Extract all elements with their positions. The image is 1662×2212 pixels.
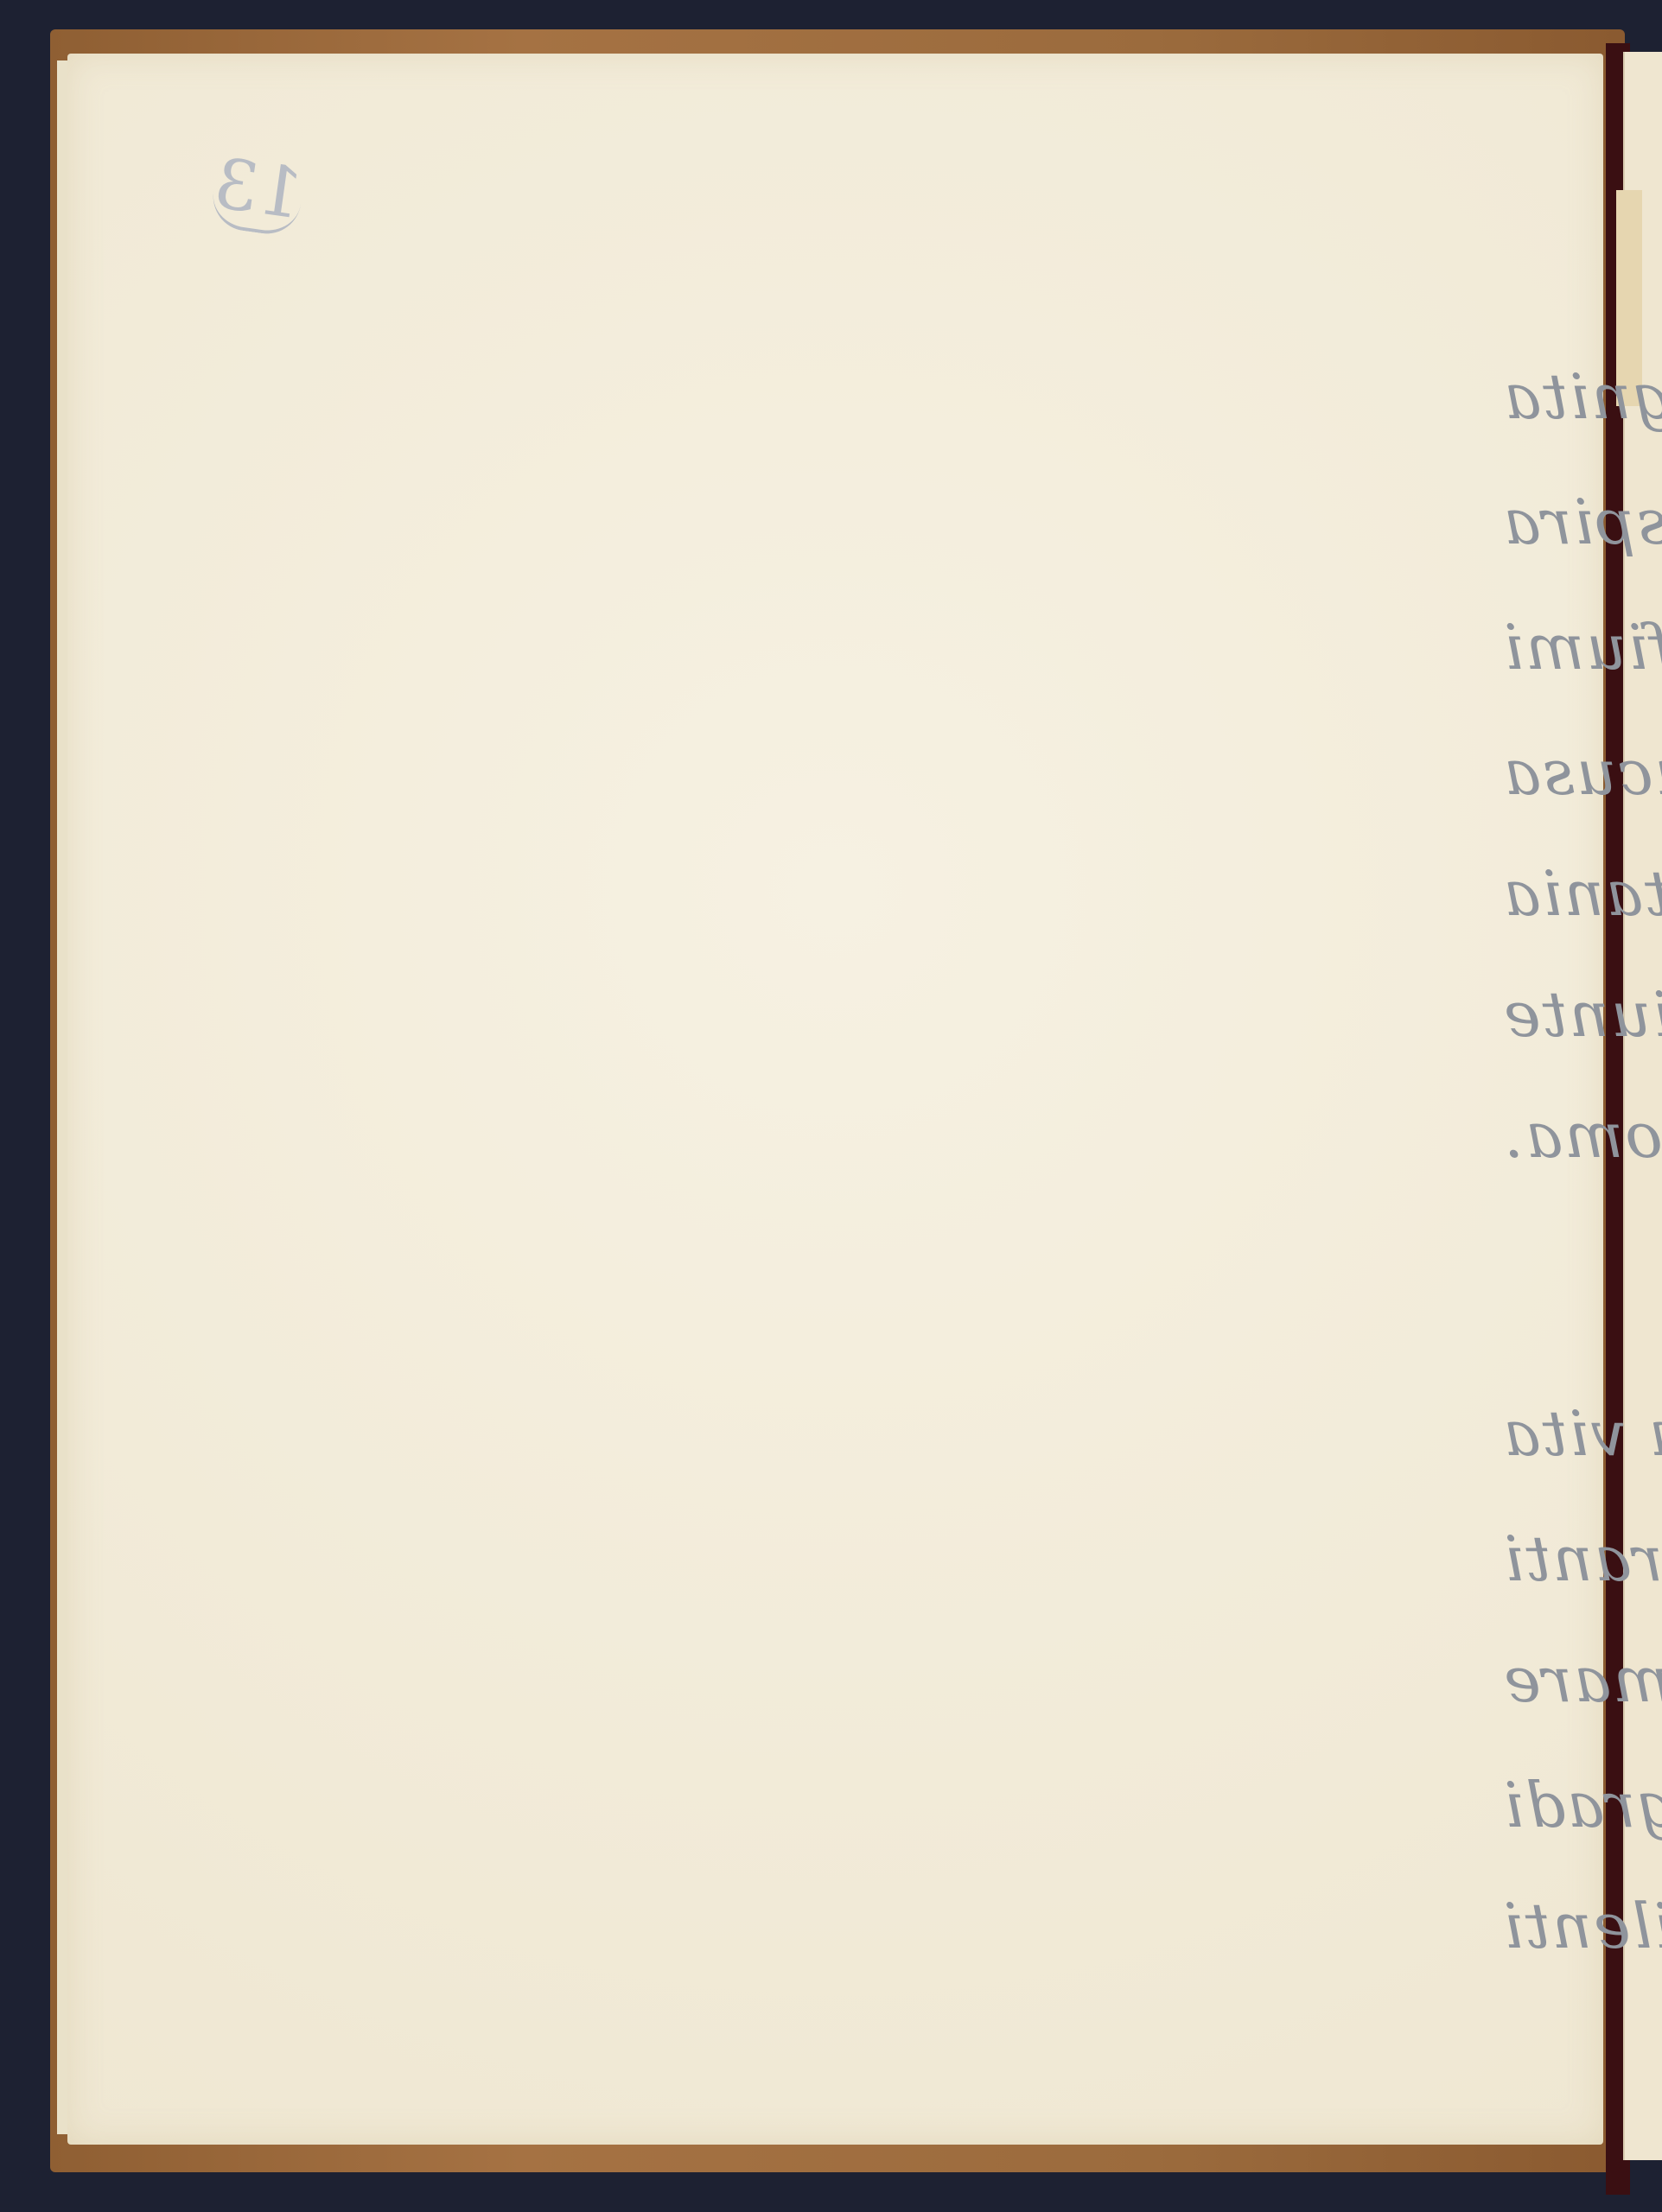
page-number: 13 (209, 143, 308, 238)
manuscript-page: 13 Saluta, mentr'ei viene, Irma, l'ignit… (67, 54, 1603, 2145)
verse-line: volta e il lido aretusio, sospira (1502, 486, 1662, 558)
verse-line: l'Etna, e le vocali selve, e i fiumi (1502, 611, 1662, 683)
verse-line: con l'orme che v'impressero congiunte (1502, 978, 1662, 1051)
verse-line: e nel cielo. L'alta erba occupa i gradi (1502, 1769, 1662, 1841)
verse-line: per mille bocche cerule nel mare (1502, 1643, 1662, 1716)
verse-line: anima le ruine respiranti (1502, 1522, 1662, 1595)
verse-line: Saluta, mentr'ei viene, Irma, l'ignita (1502, 360, 1662, 433)
verse-line: che il chiaro Ionio bere, e Siracusa (1502, 736, 1662, 809)
verse-line: Ellade e Roma. (1502, 1099, 1662, 1172)
verse-line: e Taormina e la natal Catania (1502, 857, 1662, 930)
verse-line: marmorei, ove i secoli silenti (1502, 1890, 1662, 1962)
verse-line: La luce regna. Una profonda vita (1502, 1397, 1662, 1470)
